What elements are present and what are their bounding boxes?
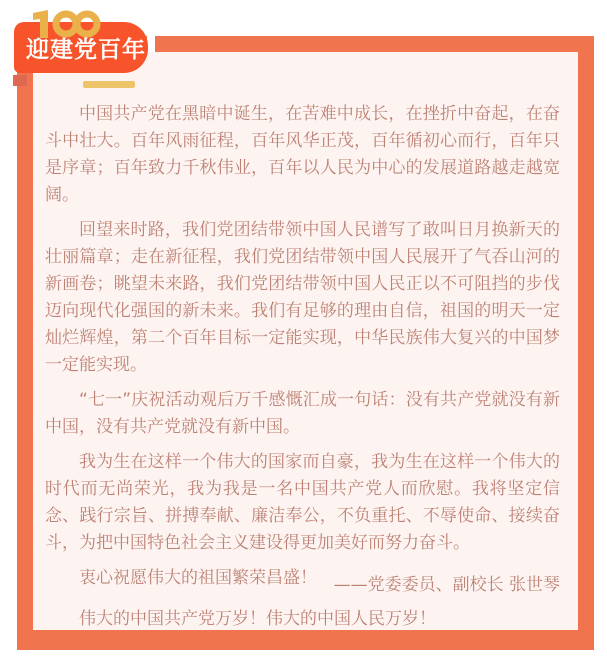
article-body: 中国共产党在黑暗中诞生，在苦难中成长，在挫折中奋起，在奋斗中壮大。百年风雨征程，…: [33, 52, 578, 630]
article-paragraph: 我为生在这样一个伟大的国家而自豪，我为生在这样一个伟大的时代而无尚荣光，我为我是…: [45, 449, 560, 557]
article-paragraph: 中国共产党在黑暗中诞生，在苦难中成长，在挫折中奋起，在奋斗中壮大。百年风雨征程，…: [45, 101, 560, 209]
article-paragraph: 回望来时路，我们党团结带领中国人民谱写了敢叫日月换新天的壮丽篇章；走在新征程，我…: [45, 217, 560, 379]
article-paragraph: 伟大的中国共产党万岁！伟大的中国人民万岁！: [45, 606, 560, 633]
accent-square: [13, 75, 27, 86]
logo-100-icon: [32, 8, 106, 38]
banner-frame-gap: [147, 36, 155, 52]
page: 中国共产党在黑暗中诞生，在苦难中成长，在挫折中奋起，在奋斗中壮大。百年风雨征程，…: [0, 0, 607, 659]
signature: ——党委委员、副校长 张世琴: [45, 572, 560, 599]
card-frame: 中国共产党在黑暗中诞生，在苦难中成长，在挫折中奋起，在奋斗中壮大。百年风雨征程，…: [17, 36, 594, 650]
article-paragraph: “七一”庆祝活动观后万千感慨汇成一句话：没有共产党就没有新中国，没有共产党就没有…: [45, 387, 560, 441]
gold-underline: [83, 81, 135, 88]
